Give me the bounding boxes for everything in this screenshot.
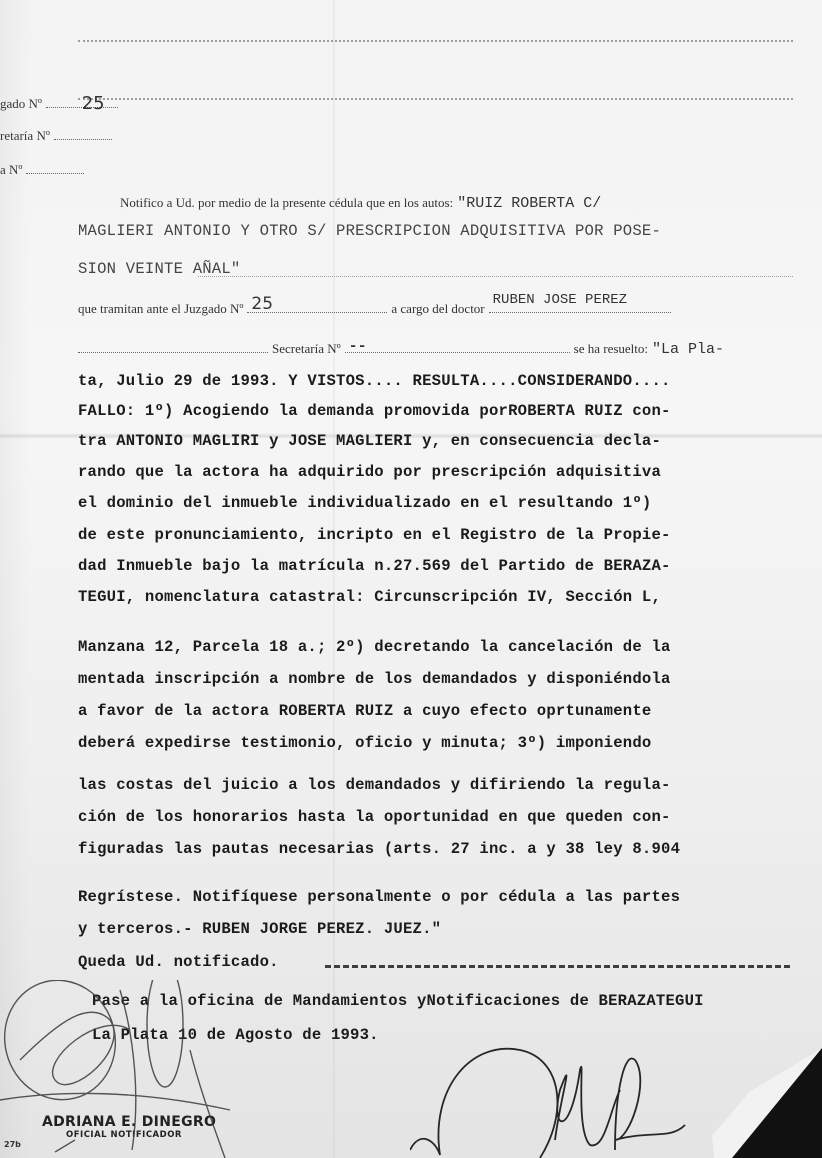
body-line: mentada inscripción a nombre de los dema… (78, 670, 671, 688)
body-line: tra ANTONIO MAGLIRI y JOSE MAGLIERI y, e… (78, 432, 661, 450)
right-signature-icon (410, 1030, 700, 1158)
header-field-label: gado Nº (0, 96, 42, 111)
header-field-value: 25 (82, 93, 105, 114)
closing-text: Queda Ud. notificado. (78, 953, 279, 971)
body-line: FALLO: 1º) Acogiendo la demanda promovid… (78, 402, 671, 420)
body-line: ta, Julio 29 de 1993. Y VISTOS.... RESUL… (78, 372, 671, 390)
court-line-prefix: que tramitan ante el Juzgado Nº (78, 301, 243, 316)
court-number-blank: 25 (247, 312, 387, 313)
judge-blank: RUBEN JOSE PEREZ (489, 312, 671, 313)
case-title-part-1: "RUIZ ROBERTA C/ (457, 195, 601, 212)
body-line: TEGUI, nomenclatura catastral: Circunscr… (78, 588, 661, 606)
page-mark: 27b (4, 1140, 21, 1149)
court-number-value: 25 (251, 294, 273, 314)
paper-fold-vertical (333, 0, 335, 1158)
body-line: a favor de la actora ROBERTA RUIZ a cuyo… (78, 702, 651, 720)
header-field-third: a Nº (0, 162, 84, 179)
secretary-value: -- (349, 338, 367, 355)
header-field-blank (26, 173, 84, 174)
top-rule-2 (78, 98, 793, 100)
official-stamp: ADRIANA E. DINEGRO OFICIAL NOTIFICADOR (42, 1114, 216, 1140)
closing-rule (325, 965, 790, 968)
case-title-part-2: MAGLIERI ANTONIO Y OTRO S/ PRESCRIPCION … (78, 222, 661, 240)
body-line: y terceros.- RUBEN JORGE PEREZ. JUEZ." (78, 920, 441, 938)
secretary-lead-blank (78, 352, 268, 353)
header-field-juzgado: gado Nº 25 (0, 96, 118, 113)
intro-line: Notifico a Ud. por medio de la presente … (120, 194, 601, 212)
secretary-line: Secretaría Nº -- se ha resuelto: "La Pla… (78, 340, 724, 358)
body-line: dad Inmueble bajo la matrícula n.27.569 … (78, 557, 671, 575)
header-field-secretaria: retaría Nº (0, 128, 112, 145)
header-field-label: retaría Nº (0, 128, 50, 143)
body-line: figuradas las pautas necesarias (arts. 2… (78, 840, 680, 858)
court-line: que tramitan ante el Juzgado Nº 25 a car… (78, 300, 671, 318)
forward-line: Pase a la oficina de Mandamientos yNotif… (92, 992, 704, 1010)
header-field-blank (54, 139, 112, 140)
top-rule-1 (78, 40, 793, 42)
body-line: las costas del juicio a los demandados y… (78, 776, 671, 794)
secretary-label: Secretaría Nº (272, 341, 341, 356)
resolution-start: "La Pla- (652, 341, 724, 358)
body-line: de este pronunciamiento, incripto en el … (78, 526, 671, 544)
secretary-suffix: se ha resuelto: (574, 341, 648, 356)
secretary-blank: -- (345, 352, 570, 353)
body-line: Manzana 12, Parcela 18 a.; 2º) decretand… (78, 638, 671, 656)
intro-prefix: Notifico a Ud. por medio de la presente … (120, 195, 453, 210)
document-page: gado Nº 25 retaría Nº a Nº Notifico a Ud… (0, 0, 822, 1158)
header-field-blank: 25 (46, 107, 118, 108)
date-line: La Plata 10 de Agosto de 1993. (92, 1026, 379, 1044)
body-line: ción de los honorarios hasta la oportuni… (78, 808, 671, 826)
header-field-label: a Nº (0, 162, 22, 177)
body-line: deberá expedirse testimonio, oficio y mi… (78, 734, 651, 752)
judge-name: RUBEN JOSE PEREZ (493, 292, 627, 308)
body-line: el dominio del inmueble individualizado … (78, 494, 651, 512)
stamp-name: ADRIANA E. DINEGRO (42, 1114, 216, 1130)
body-line: Regrístese. Notifíquese personalmente o … (78, 888, 680, 906)
body-line: rando que la actora ha adquirido por pre… (78, 463, 661, 481)
court-line-middle: a cargo del doctor (391, 301, 484, 316)
stamp-role: OFICIAL NOTIFICADOR (66, 1130, 216, 1140)
case-title-rule (198, 276, 793, 277)
